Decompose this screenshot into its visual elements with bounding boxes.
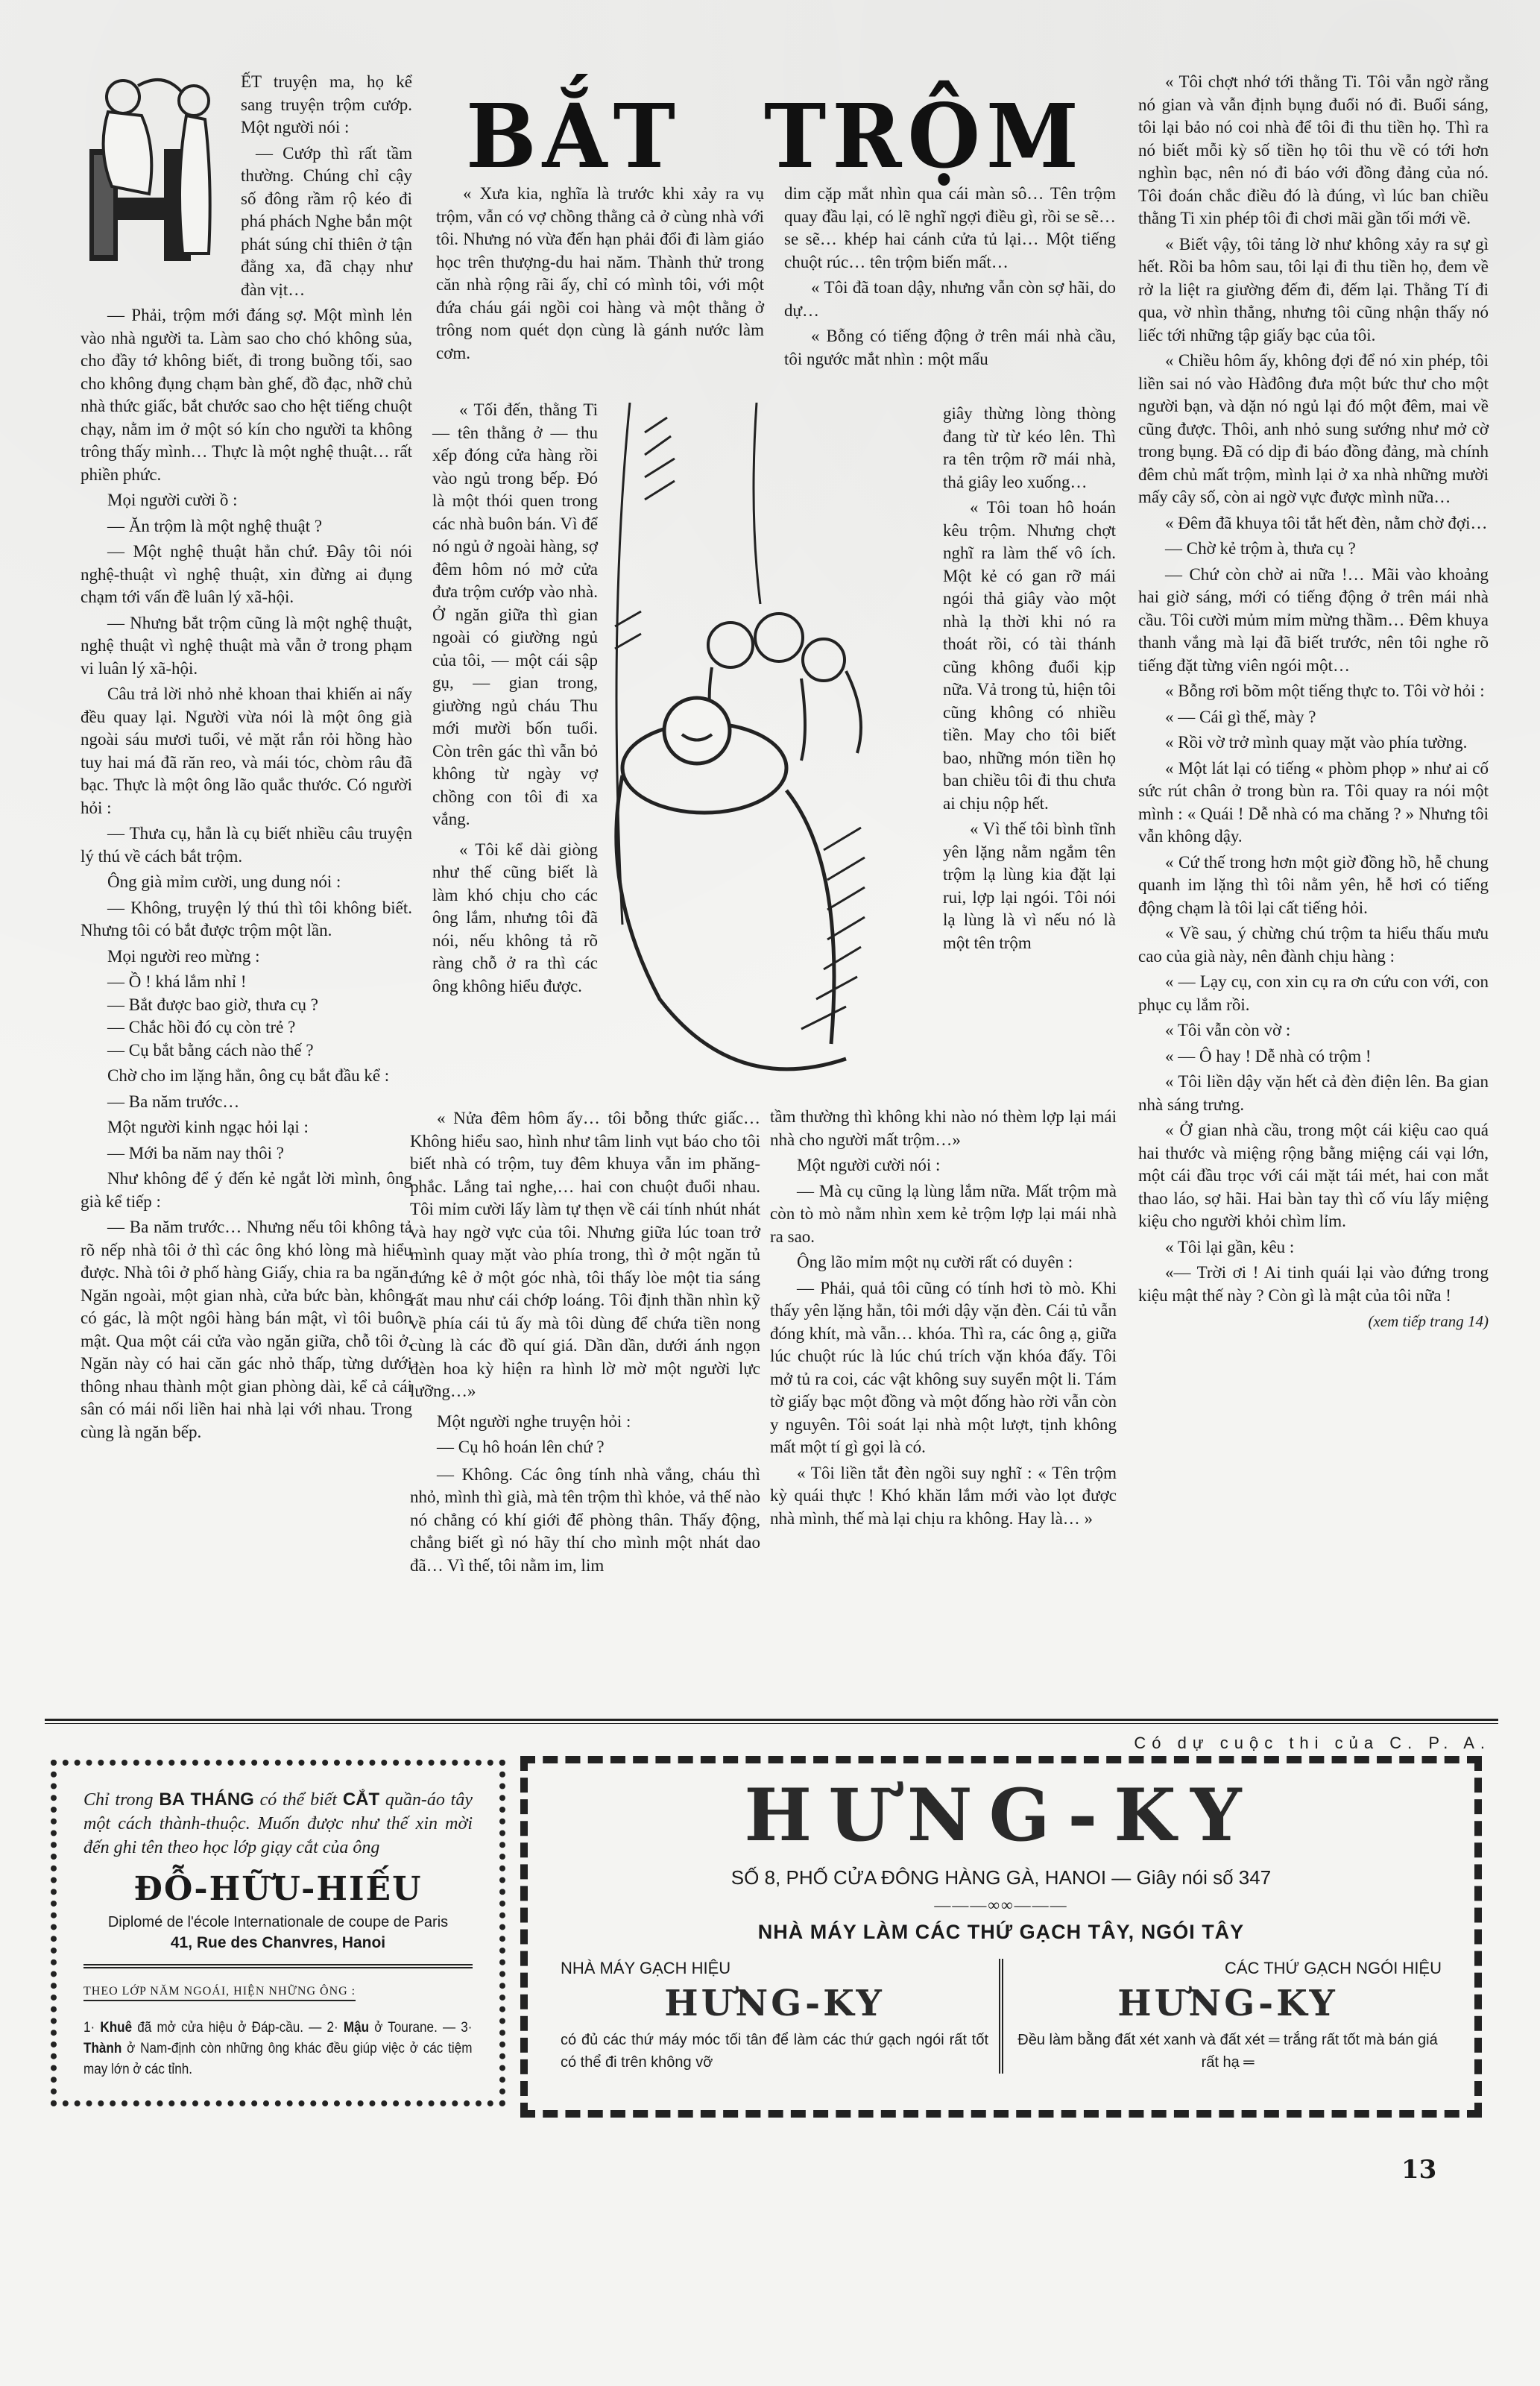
paragraph: « Tôi liền dậy vặn hết cả đèn điện lên. … xyxy=(1138,1071,1489,1116)
right-heading: CÁC THỨ GẠCH NGÓI HIỆU xyxy=(1014,1959,1442,1978)
thief-in-jar-illustration-icon xyxy=(600,403,928,1104)
text-run-bold: Thành xyxy=(83,2041,122,2056)
text-run: 1· xyxy=(83,2020,100,2036)
paragraph: dim cặp mắt nhìn qua cái màn sô… Tên trộ… xyxy=(784,183,1116,274)
article-column-3-bottom: tầm thường thì không khi nào nó thèm lợp… xyxy=(770,1106,1117,1533)
paragraph: — Thưa cụ, hẳn là cụ biết nhiều câu truy… xyxy=(81,822,412,868)
article-column-3-top: dim cặp mắt nhìn qua cái màn sô… Tên trộ… xyxy=(784,183,1116,374)
paragraph: « Xưa kia, nghĩa là trước khi xảy ra vụ … xyxy=(436,183,764,365)
paragraph: — Một nghệ thuật hẳn chứ. Đây tôi nói ng… xyxy=(81,541,412,609)
paragraph: « Tối đến, thằng Ti — tên thằng ở — thu … xyxy=(432,399,598,831)
page-number: 13 xyxy=(1401,2155,1436,2185)
text-run-bold: CẮT xyxy=(343,1789,379,1810)
paragraph: Một người cười nói : xyxy=(770,1154,1117,1177)
article-column-4: « Tôi chợt nhớ tới thằng Ti. Tôi vẫn ngờ… xyxy=(1138,71,1489,1336)
text-run: ở Tourane. — 3· xyxy=(369,2020,472,2036)
graduates-list: 1· Khuê đã mở cửa hiệu ở Đáp-cầu. — 2· M… xyxy=(83,2018,472,2080)
left-description: có đủ các thứ máy móc tối tân để làm các… xyxy=(561,2029,988,2074)
paragraph: « — Lạy cụ, con xin cụ ra ơn cứu con với… xyxy=(1138,971,1489,1016)
paragraph: — Phải, quả tôi cũng có tính hơi tò mò. … xyxy=(770,1277,1117,1459)
brick-factory-advertisement: HƯNG-KY SỐ 8, PHỐ CỬA ĐÔNG HÀNG GÀ, HANO… xyxy=(520,1756,1482,2118)
paragraph: Mọi người cười ồ : xyxy=(81,489,412,512)
paragraph: — Ba năm trước… Nhưng nếu tôi không tả r… xyxy=(81,1216,412,1444)
paragraph: « Ở gian nhà cầu, trong một cái kiệu cao… xyxy=(1138,1119,1489,1233)
newspaper-page: BẮT TRỘM ẾT truyện ma, họ kể sang truyện… xyxy=(0,0,1540,2386)
factory-headline: NHÀ MÁY LÀM CÁC THỨ GẠCH TÂY, NGÓI TÂY xyxy=(550,1921,1452,1944)
paragraph: « Bỗng có tiếng động ở trên mái nhà cầu,… xyxy=(784,325,1116,371)
paragraph: Ông lão mỉm một nụ cười rất có duyên : xyxy=(770,1251,1117,1274)
article-column-3-narrow: giây thừng lòng thòng đang từ từ kéo lên… xyxy=(943,403,1116,957)
paragraph: Ông già mỉm cười, ung dung nói : xyxy=(81,871,412,894)
ad-columns: NHÀ MÁY GẠCH HIỆU HƯNG-KY có đủ các thứ … xyxy=(550,1959,1452,2074)
paragraph: — Chứ còn chờ ai nữa !… Mãi vào khoảng h… xyxy=(1138,564,1489,678)
paragraph: « Bỗng rơi bõm một tiếng thực to. Tôi vờ… xyxy=(1138,680,1489,703)
paragraph: — Nhưng bắt trộm cũng là một nghệ thuật,… xyxy=(81,612,412,681)
paragraph: « Chiều hôm ấy, không đợi để nó xin phép… xyxy=(1138,350,1489,509)
paragraph: « — Ô hay ! Dễ nhà có trộm ! xyxy=(1138,1045,1489,1068)
paragraph: — Phải, trộm mới đáng sợ. Một mình lẻn v… xyxy=(81,304,412,486)
paragraph: « Rồi vờ trở mình quay mặt vào phía tườn… xyxy=(1138,731,1489,755)
paragraph: « Cứ thế trong hơn một giờ đồng hồ, hễ c… xyxy=(1138,852,1489,920)
paragraph: « Về sau, ý chừng chú trộm ta hiểu thấu … xyxy=(1138,922,1489,968)
paragraph: — Ăn trộm là một nghệ thuật ? xyxy=(81,515,412,538)
right-description: Đều làm bằng đất xét xanh và đất xét ═ t… xyxy=(1014,2029,1442,2074)
ad-lead-text: Chỉ trong BA THÁNG có thể biết CẮT quần-… xyxy=(83,1788,473,1860)
paragraph: giây thừng lòng thòng đang từ từ kéo lên… xyxy=(943,403,1116,494)
article-title: BẮT TRỘM xyxy=(466,86,1085,180)
title-word-2: TRỘM xyxy=(764,86,1085,180)
brand-name: HƯNG-KY xyxy=(550,1778,1452,1853)
tailor-diploma: Diplomé de l'école Internationale de cou… xyxy=(83,1914,473,1931)
paragraph: — Không, truyện lý thú thì tôi không biế… xyxy=(81,897,412,942)
article-column-1: ẾT truyện ma, họ kể sang truyện trộm cướ… xyxy=(81,71,412,1447)
paragraph: « Tôi đã toan dậy, nhưng vẫn còn sợ hãi,… xyxy=(784,277,1116,322)
title-word-1: BẮT xyxy=(466,86,681,180)
text-run-bold: BA THÁNG xyxy=(159,1789,254,1810)
ornament-divider-icon: ———∞∞——— xyxy=(550,1895,1452,1915)
article-column-2-top: « Xưa kia, nghĩa là trước khi xảy ra vụ … xyxy=(436,183,764,368)
text-run-bold: Khuê xyxy=(100,2020,132,2036)
paragraph: « Tôi vẫn còn vờ : xyxy=(1138,1019,1489,1042)
paragraph: — Ồ ! khá lắm nhỉ ! xyxy=(81,971,412,994)
article-column-2-bottom: « Nửa đêm hôm ấy… tôi bỗng thức giấc… Kh… xyxy=(410,1107,760,1580)
tailor-address: 41, Rue des Chanvres, Hanoi xyxy=(83,1934,473,1952)
paragraph: — Mà cụ cũng lạ lùng lắm nữa. Mất trộm m… xyxy=(770,1180,1117,1249)
paragraph: « Tôi lại gần, kêu : xyxy=(1138,1236,1489,1259)
paragraph: — Chắc hồi đó cụ còn trẻ ? xyxy=(81,1016,412,1039)
paragraph: « Vì thế tôi bình tĩnh yên lặng nằm ngắm… xyxy=(943,818,1116,954)
text-run-bold: Mậu xyxy=(344,2020,369,2036)
paragraph: « Tôi liền tắt đèn ngồi suy nghĩ : « Tên… xyxy=(770,1462,1117,1531)
left-heading: NHÀ MÁY GẠCH HIỆU xyxy=(561,1959,988,1978)
paragraph: « Nửa đêm hôm ấy… tôi bỗng thức giấc… Kh… xyxy=(410,1107,760,1403)
paragraph: Chờ cho im lặng hẳn, ông cụ bắt đầu kể : xyxy=(81,1065,412,1088)
paragraph: Một người kinh ngạc hỏi lại : xyxy=(81,1116,412,1139)
paragraph: ẾT truyện ma, họ kể sang truyện trộm cướ… xyxy=(241,71,412,139)
paragraph: « Một lát lại có tiếng « phòm phọp » như… xyxy=(1138,758,1489,849)
double-rule xyxy=(83,1964,473,1968)
paragraph: « Tôi kể dài giòng như thế cũng biết là … xyxy=(432,839,598,998)
section-divider xyxy=(45,1719,1498,1721)
paragraph: tầm thường thì không khi nào nó thèm lợp… xyxy=(770,1106,1117,1151)
paragraph: « Biết vậy, tôi tảng lờ như không xảy ra… xyxy=(1138,233,1489,347)
tailor-name: ĐỖ-HỮU-HIẾU xyxy=(83,1870,473,1908)
paragraph: « Tôi toan hô hoán kêu trộm. Nhưng chợt … xyxy=(943,497,1116,815)
paragraph: — Cụ hô hoán lên chứ ? xyxy=(410,1436,760,1459)
paragraph: — Ba năm trước… xyxy=(81,1091,412,1114)
paragraph: — Cướp thì rất tầm thường. Chúng chỉ cậy… xyxy=(241,142,412,302)
left-brand: HƯNG-KY xyxy=(561,1983,988,2024)
text-run: đã mở cửa hiệu ở Đáp-cầu. — 2· xyxy=(132,2020,344,2036)
right-brand: HƯNG-KY xyxy=(1014,1983,1442,2024)
paragraph: «— Trời ơi ! Ai tinh quái lại vào đứng t… xyxy=(1138,1262,1489,1307)
ad-column-left: NHÀ MÁY GẠCH HIỆU HƯNG-KY có đủ các thứ … xyxy=(550,1959,999,2074)
paragraph: « Đêm đã khuya tôi tắt hết đèn, nằm chờ … xyxy=(1138,512,1489,535)
ad-column-right: CÁC THỨ GẠCH NGÓI HIỆU HƯNG-KY Đều làm b… xyxy=(1003,1959,1452,2074)
text-run: ở Nam-định còn những ông khác đều giúp v… xyxy=(83,2041,472,2077)
paragraph: — Chờ kẻ trộm à, thưa cụ ? xyxy=(1138,538,1489,561)
text-run: Chỉ trong xyxy=(83,1790,159,1810)
brand-address: SỐ 8, PHỐ CỬA ĐÔNG HÀNG GÀ, HANOI — Giây… xyxy=(550,1866,1452,1889)
section-divider xyxy=(45,1723,1498,1724)
paragraph: — Không. Các ông tính nhà vắng, cháu thì… xyxy=(410,1464,760,1578)
article-column-2-narrow: « Tối đến, thằng Ti — tên thằng ở — thu … xyxy=(432,399,598,1001)
paragraph: — Cụ bắt bằng cách nào thế ? xyxy=(81,1039,412,1063)
paragraph: — Bắt được bao giờ, thưa cụ ? xyxy=(81,994,412,1017)
paragraph: Mọi người reo mừng : xyxy=(81,945,412,969)
paragraph: — Mới ba năm nay thôi ? xyxy=(81,1142,412,1165)
paragraph: Một người nghe truyện hỏi : xyxy=(410,1411,760,1434)
paragraph: « Tôi chợt nhớ tới thằng Ti. Tôi vẫn ngờ… xyxy=(1138,71,1489,230)
paragraph: Như không để ý đến kẻ ngắt lời mình, ông… xyxy=(81,1168,412,1213)
ad-subheading: THEO LỚP NĂM NGOÁI, HIỆN NHỮNG ÔNG : xyxy=(83,1985,356,2001)
text-run: có thể biết xyxy=(254,1790,343,1810)
continued-note: (xem tiếp trang 14) xyxy=(1138,1310,1489,1333)
tailor-advertisement: Chỉ trong BA THÁNG có thể biết CẮT quần-… xyxy=(51,1760,505,2106)
contest-note: Có dự cuộc thi của C. P. A. xyxy=(1073,1734,1491,1753)
paragraph: « — Cái gì thế, mày ? xyxy=(1138,706,1489,729)
paragraph: Câu trả lời nhỏ nhẻ khoan thai khiến ai … xyxy=(81,683,412,819)
